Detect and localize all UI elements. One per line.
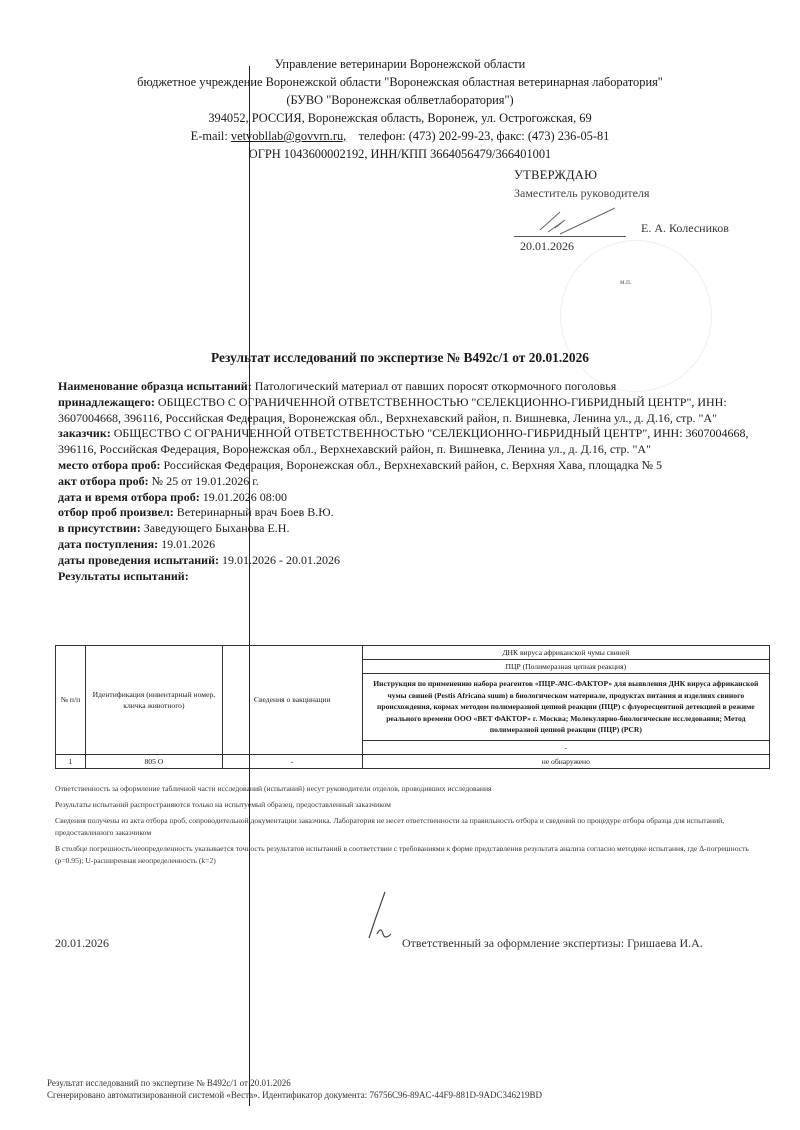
header-institution: бюджетное учреждение Воронежской области… [0,73,800,91]
approver-name: Е. А. Колесников [641,221,729,236]
sample-info: Наименование образца испытаний: Патологи… [58,379,770,584]
presence-label: в присутствии: [58,521,141,535]
customer-label: заказчик: [58,426,111,440]
note-responsibility: Ответственность за оформление табличной … [55,783,770,795]
col-header-vaccination: Сведения о вакцинации [222,646,362,755]
test-dates-value: 19.01.2026 - 20.01.2026 [222,553,340,567]
sampling-datetime-row: дата и время отбора проб: 19.01.2026 08:… [58,490,770,506]
note-uncertainty: В столбце погрешность/неопределенность у… [55,843,770,867]
col-header-method-short: ПЦР (Полимеразная цепная реакция) [362,660,769,674]
presence-value: Заведующего Быханова Е.Н. [144,521,290,535]
sampled-by-row: отбор проб произвел: Ветеринарный врач Б… [58,505,770,521]
sampling-place-row: место отбора проб: Российская Федерация,… [58,458,770,474]
sampling-act-row: акт отбора проб: № 25 от 19.01.2026 г. [58,474,770,490]
sampling-datetime-value: 19.01.2026 08:00 [203,490,287,504]
test-dates-label: даты проведения испытаний: [58,553,219,567]
sampling-act-value: № 25 от 19.01.2026 г. [152,474,259,488]
customer-value: ОБЩЕСТВО С ОГРАНИЧЕННОЙ ОТВЕТСТВЕННОСТЬЮ… [58,426,749,456]
table-row: 1 805 О - не обнаружено [56,754,770,768]
footer-doc-ref: Результат исследований по экспертизе № В… [47,1077,542,1089]
results-label: Результаты испытаний: [58,569,189,583]
header-address: 394052, РОССИЯ, Воронежская область, Вор… [0,109,800,127]
note-source: Сведения получены из акта отбора проб, с… [55,815,770,839]
header-ministry: Управление ветеринарии Воронежской облас… [0,55,800,73]
presence-row: в присутствии: Заведующего Быханова Е.Н. [58,521,770,537]
col-header-units: - [362,740,769,754]
received-value: 19.01.2026 [161,537,215,551]
sampling-place-label: место отбора проб: [58,458,161,472]
sample-name-value: Патологический материал от павших порося… [255,379,617,393]
customer-row: заказчик: ОБЩЕСТВО С ОГРАНИЧЕННОЙ ОТВЕТС… [58,426,770,458]
sampling-place-value: Российская Федерация, Воронежская обл., … [164,458,663,472]
email-label: E-mail: [191,129,228,143]
stamp-icon [560,240,712,392]
cell-vaccination: - [222,754,362,768]
scan-artifact-line [249,66,250,1106]
approval-date: 20.01.2026 [520,239,574,254]
header-row-indicator: № п/п Идентификация (инвентарный номер, … [56,646,770,660]
sample-name-row: Наименование образца испытаний: Патологи… [58,379,770,395]
sampled-by-label: отбор проб произвел: [58,505,174,519]
cell-number: 1 [56,754,86,768]
owner-row: принадлежащего: ОБЩЕСТВО С ОГРАНИЧЕННОЙ … [58,395,770,427]
results-heading: Результаты испытаний: [58,569,770,585]
org-header: Управление ветеринарии Воронежской облас… [0,55,800,163]
note-scope: Результаты испытаний распространяются то… [55,799,770,811]
email-link[interactable]: vetvobllab@govvrn.ru, [231,129,346,143]
owner-value: ОБЩЕСТВО С ОГРАНИЧЕННОЙ ОТВЕТСТВЕННОСТЬЮ… [58,395,727,425]
document-title: Результат исследований по экспертизе № В… [0,350,800,366]
owner-label: принадлежащего: [58,395,155,409]
col-header-indicator: ДНК вируса африканской чумы свиней [362,646,769,660]
header-contacts: E-mail: vetvobllab@govvrn.ru, телефон: (… [0,127,800,145]
responsible-signature-icon [355,890,405,950]
col-header-identification: Идентификация (инвентарный номер, кличка… [85,646,222,755]
stamp-label: м.п. [620,278,632,286]
results-table: № п/п Идентификация (инвентарный номер, … [55,645,770,769]
received-label: дата поступления: [58,537,158,551]
cell-identification: 805 О [85,754,222,768]
signoff-date: 20.01.2026 [55,936,109,951]
footnotes: Ответственность за оформление табличной … [55,783,770,871]
approval-signature-line [514,236,626,237]
sampled-by-value: Ветеринарный врач Боев В.Ю. [177,505,334,519]
phone-fax: телефон: (473) 202-99-23, факс: (473) 23… [359,129,610,143]
col-header-method-doc: Инструкция по применению набора реагенто… [362,674,769,741]
col-header-number: № п/п [56,646,86,755]
document-page: Управление ветеринарии Воронежской облас… [0,0,800,1130]
received-row: дата поступления: 19.01.2026 [58,537,770,553]
sampling-datetime-label: дата и время отбора проб: [58,490,200,504]
header-short-name: (БУВО "Воронежская облветлаборатория") [0,91,800,109]
approval-block: УТВЕРЖДАЮ Заместитель руководителя [514,166,650,202]
page-footer: Результат исследований по экспертизе № В… [47,1077,542,1101]
sampling-act-label: акт отбора проб: [58,474,149,488]
signoff-responsible: Ответственный за оформление экспертизы: … [402,936,703,951]
cell-result: не обнаружено [362,754,769,768]
approver-signature-icon [520,200,640,240]
sample-name-label: Наименование образца испытаний: [58,379,252,393]
approval-title: УТВЕРЖДАЮ [514,166,650,184]
footer-generated-id: Сгенерировано автоматизированной системо… [47,1089,542,1101]
test-dates-row: даты проведения испытаний: 19.01.2026 - … [58,553,770,569]
header-ogrn: ОГРН 1043600002192, ИНН/КПП 3664056479/3… [0,145,800,163]
